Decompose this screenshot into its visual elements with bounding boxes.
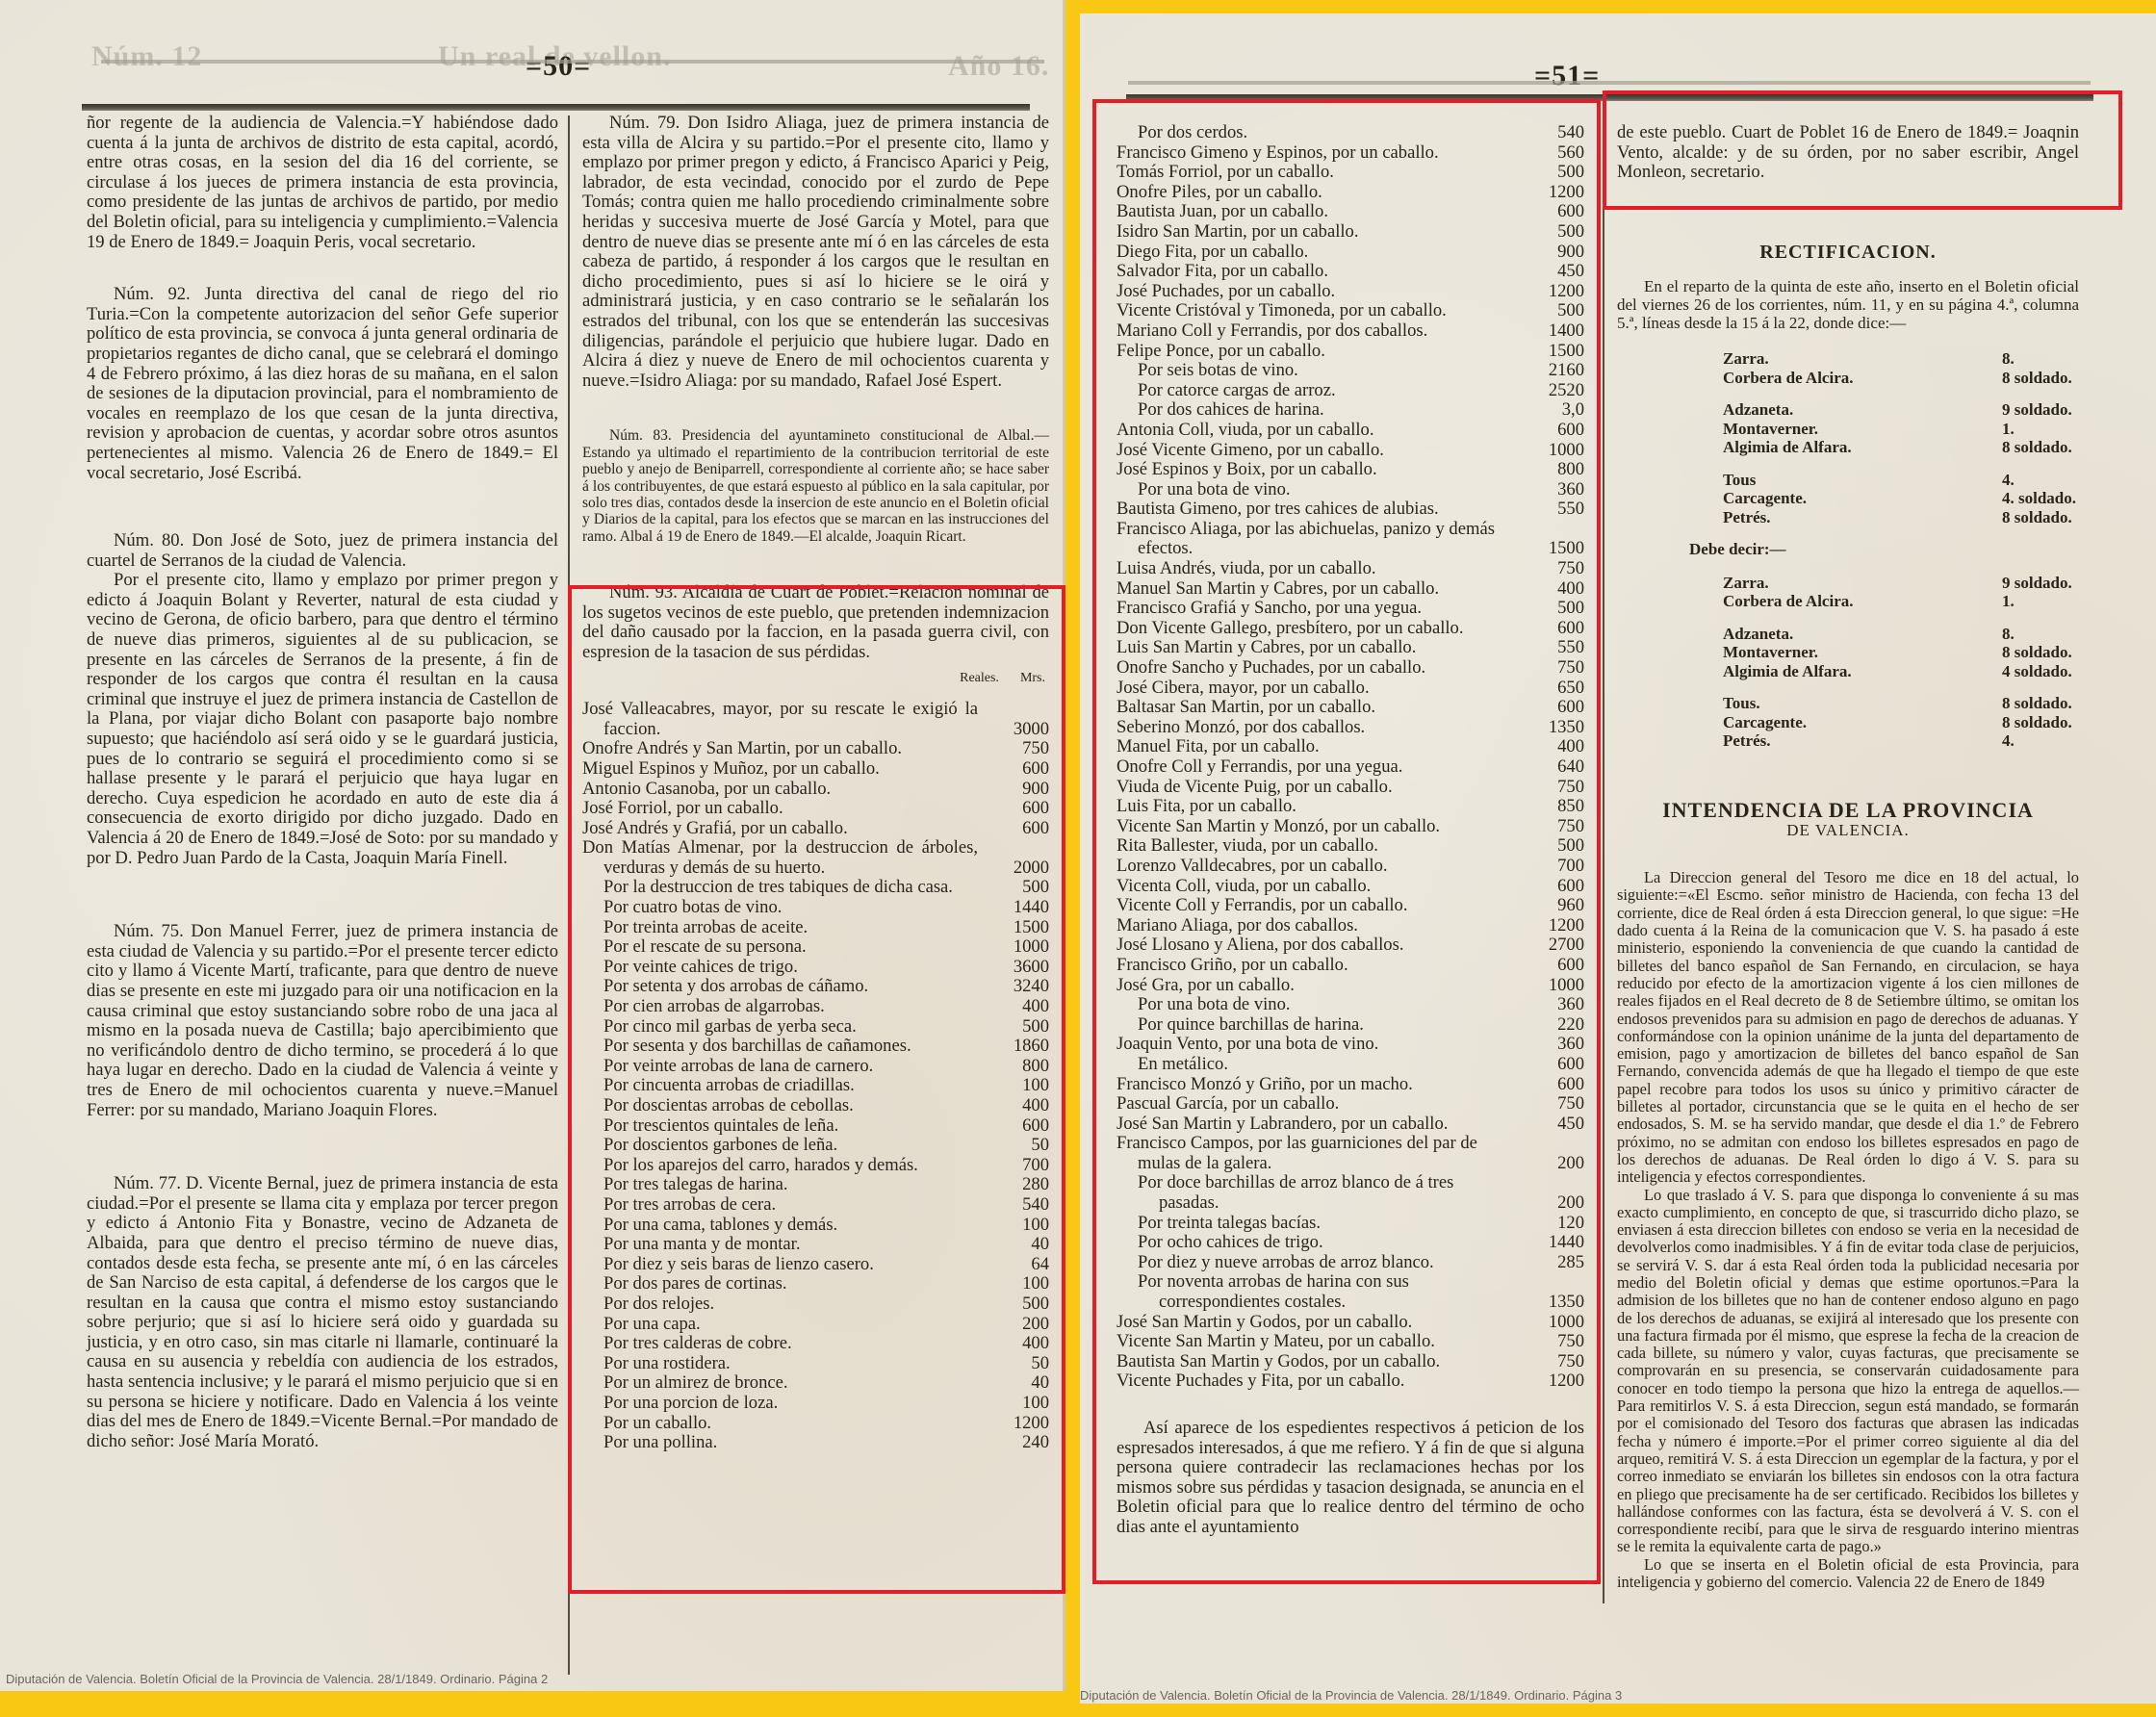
highlight-box-notice-93 — [568, 585, 1065, 1594]
bleed-through-year: Año 16. — [948, 50, 1049, 83]
quota-value: 1. — [2002, 592, 2156, 611]
page-number: =50= — [526, 50, 591, 83]
page-51: =51= Por dos cerdos.540Francisco Gimeno … — [1080, 13, 2156, 1704]
quota-value: 8. — [2002, 349, 2156, 369]
quota-group: Zarra.9 soldado.Corbera de Alcira.1. — [1723, 574, 2079, 611]
notice-83: Núm. 83. Presidencia del ayuntamineto co… — [582, 427, 1049, 545]
column-2: de este pueblo. Cuart de Poblet 16 de En… — [1617, 123, 2079, 1591]
town-name: Adzaneta. — [1723, 625, 2002, 644]
town-name: Zarra. — [1723, 574, 2002, 593]
intendencia-paragraph-3: Lo que se inserta en el Boletin oficial … — [1617, 1556, 2079, 1592]
quota-value: 4 soldado. — [2002, 662, 2156, 681]
debe-decir-label: Debe decir:— — [1689, 540, 2079, 560]
debe-decir-table: Zarra.9 soldado.Corbera de Alcira.1.Adza… — [1617, 574, 2079, 751]
notice-92: Núm. 92. Junta directiva del canal de ri… — [87, 285, 558, 483]
quota-value: 8 soldado. — [2002, 369, 2156, 388]
town-name: Algimia de Alfara. — [1723, 662, 2002, 681]
town-name: Petrés. — [1723, 731, 2002, 751]
quota-value: 4. — [2002, 471, 2156, 490]
archive-notice-end: ñor regente de la audiencia de Valencia.… — [87, 114, 558, 252]
quota-value: 8 soldado. — [2002, 643, 2156, 662]
quota-value: 1. — [2002, 420, 2156, 439]
quota-value: 9 soldado. — [2002, 400, 2156, 420]
quota-value: 4. — [2002, 731, 2156, 751]
header-rule-top — [1128, 81, 2091, 85]
notice-79: Núm. 79. Don Isidro Aliaga, juez de prim… — [582, 114, 1049, 391]
rectificacion-intro: En el reparto de la quinta de este año, … — [1617, 277, 2079, 332]
header-rule — [82, 104, 1030, 111]
intendencia-paragraph-2: Lo que traslado á V. S. para que dispong… — [1617, 1187, 2079, 1556]
notice-75: Núm. 75. Don Manuel Ferrer, juez de prim… — [87, 922, 558, 1120]
quota-group: Adzaneta.9 soldado.Montaverner.1.Algimia… — [1723, 400, 2079, 457]
town-name: Montaverner. — [1723, 420, 2002, 439]
quota-value: 4. soldado. — [2002, 489, 2156, 508]
intendencia-body: La Direccion general del Tesoro me dice … — [1617, 869, 2079, 1591]
header-rule-top — [101, 60, 1044, 64]
page-footer: Diputación de Valencia. Boletín Oficial … — [1080, 1688, 1622, 1703]
column-1: ñor regente de la audiencia de Valencia.… — [87, 114, 558, 1451]
page-50: Núm. 12 Un real de vellon. Año 16. =50= … — [0, 0, 1065, 1691]
bleed-through-number: Núm. 12 — [91, 40, 202, 73]
town-name: Petrés. — [1723, 508, 2002, 527]
page-footer: Diputación de Valencia. Boletín Oficial … — [6, 1672, 548, 1686]
town-name: Tous — [1723, 471, 2002, 490]
town-name: Adzaneta. — [1723, 400, 2002, 420]
intendencia-paragraph-1: La Direccion general del Tesoro me dice … — [1617, 869, 2079, 1186]
town-name: Zarra. — [1723, 349, 2002, 369]
notice-80-heading: Núm. 80. Don José de Soto, juez de prime… — [87, 531, 558, 571]
quota-value: 9 soldado. — [2002, 574, 2156, 593]
quota-group: Tous.8 soldado.Carcagente.8 soldado.Petr… — [1723, 694, 2079, 751]
highlight-box-list-continued — [1092, 99, 1601, 1584]
town-name: Tous. — [1723, 694, 2002, 713]
town-name: Corbera de Alcira. — [1723, 369, 2002, 388]
highlight-box-signature — [1603, 90, 2122, 210]
intendencia-subtitle: DE VALENCIA. — [1617, 821, 2079, 841]
intendencia-title: INTENDENCIA DE LA PROVINCIA — [1617, 801, 2079, 821]
town-name: Algimia de Alfara. — [1723, 438, 2002, 457]
quota-group: Tous4.Carcagente.4. soldado.Petrés.8 sol… — [1723, 471, 2079, 527]
notice-77: Núm. 77. D. Vicente Bernal, juez de prim… — [87, 1174, 558, 1451]
quota-value: 8 soldado. — [2002, 438, 2156, 457]
page-number: =51= — [1534, 60, 1600, 92]
town-name: Carcagente. — [1723, 713, 2002, 732]
quota-value: 8 soldado. — [2002, 508, 2156, 527]
quota-group: Adzaneta.8.Montaverner.8 soldado.Algimia… — [1723, 625, 2079, 681]
town-name: Carcagente. — [1723, 489, 2002, 508]
quota-group: Zarra.8.Corbera de Alcira.8 soldado. — [1723, 349, 2079, 387]
dice-table: Zarra.8.Corbera de Alcira.8 soldado.Adza… — [1617, 349, 2079, 526]
rectificacion-title: RECTIFICACION. — [1617, 243, 2079, 263]
town-name: Montaverner. — [1723, 643, 2002, 662]
quota-value: 8 soldado. — [2002, 694, 2156, 713]
notice-80-body: Por el presente cito, llamo y emplazo po… — [87, 571, 558, 868]
town-name: Corbera de Alcira. — [1723, 592, 2002, 611]
quota-value: 8. — [2002, 625, 2156, 644]
quota-value: 8 soldado. — [2002, 713, 2156, 732]
column-divider — [1603, 102, 1604, 1603]
